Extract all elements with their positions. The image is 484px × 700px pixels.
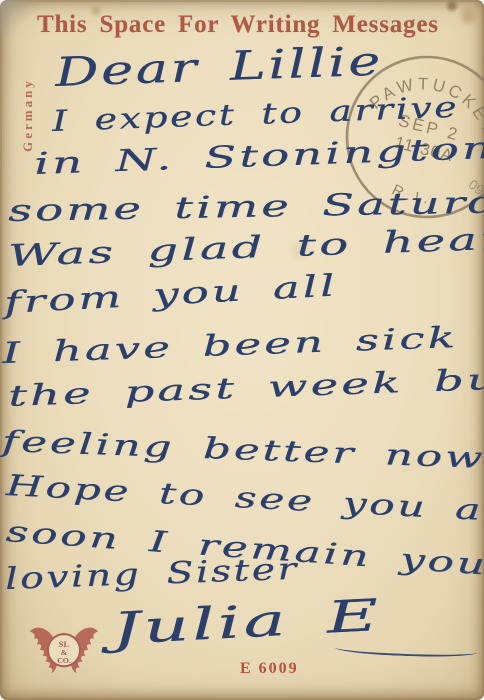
signature-flourish bbox=[335, 640, 477, 659]
handwriting-line: the past week but bbox=[7, 361, 484, 413]
publisher-emblem-icon: SL & CO. bbox=[27, 622, 101, 690]
handwriting-line: Dear Lillie bbox=[54, 39, 383, 96]
postcard-back: This Space For Writing Messages Germany … bbox=[0, 0, 484, 700]
handwriting-line: I have been sick bbox=[1, 320, 458, 370]
monogram-line: CO. bbox=[57, 656, 71, 665]
handwriting-line: from you all bbox=[3, 269, 338, 321]
handwriting-line: Was glad to hear bbox=[7, 222, 484, 274]
corner-wear bbox=[0, 0, 40, 40]
card-number: E 6009 bbox=[240, 660, 299, 678]
handwriting-line: loving Sister bbox=[4, 552, 299, 597]
handwriting-line: feeling better now bbox=[1, 424, 484, 475]
